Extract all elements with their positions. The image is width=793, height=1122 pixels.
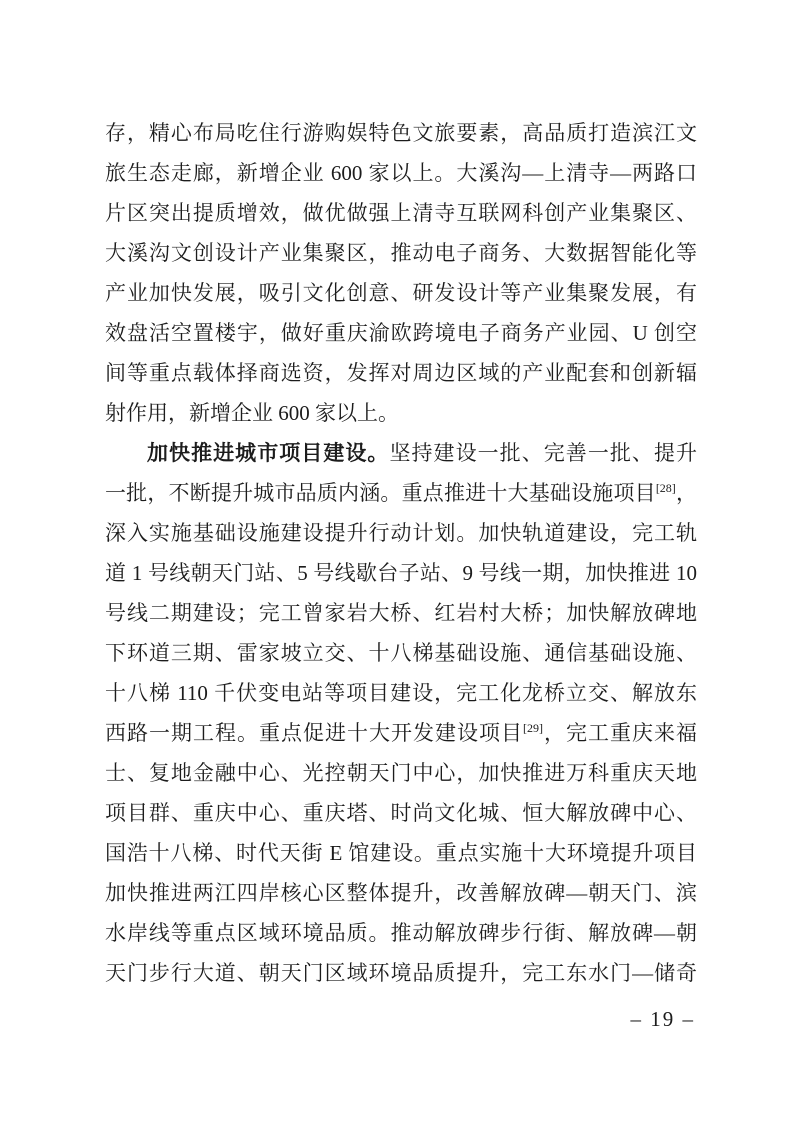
text-line: 片区突出提质增效，做优做强上清寺互联网科创产业集聚区、 bbox=[105, 193, 697, 233]
body-text: 国浩十八梯、时代天街 E 馆建设。重点实施十大环境提升项目 bbox=[105, 841, 697, 865]
text-line: 一批，不断提升城市品质内涵。重点推进十大基础设施项目[28]， bbox=[105, 473, 697, 513]
text-line: 道 1 号线朝天门站、5 号线歇台子站、9 号线一期，加快推进 10 bbox=[105, 553, 697, 593]
body-text: 号线二期建设；完工曾家岩大桥、红岩村大桥；加快解放碑地 bbox=[105, 601, 697, 625]
text-line: 西路一期工程。重点促进十大开发建设项目[29]，完工重庆来福 bbox=[105, 713, 697, 753]
text-line: 水岸线等重点区域环境品质。推动解放碑步行街、解放碑—朝 bbox=[105, 913, 697, 953]
text-line: 间等重点载体择商选资，发挥对周边区域的产业配套和创新辐 bbox=[105, 353, 697, 393]
text-line: 效盘活空置楼宇，做好重庆渝欧跨境电子商务产业园、U 创空 bbox=[105, 313, 697, 353]
text-line: 旅生态走廊，新增企业 600 家以上。大溪沟—上清寺—两路口 bbox=[105, 153, 697, 193]
body-text: 效盘活空置楼宇，做好重庆渝欧跨境电子商务产业园、U 创空 bbox=[105, 321, 697, 345]
body-text: 加快推进两江四岸核心区整体提升，改善解放碑—朝天门、滨 bbox=[105, 881, 697, 905]
body-text: 产业加快发展，吸引文化创意、研发设计等产业集聚发展，有 bbox=[105, 281, 697, 305]
body-text: 一批，不断提升城市品质内涵。重点推进十大基础设施项目 bbox=[105, 481, 656, 505]
footnote-reference: [28] bbox=[656, 481, 676, 495]
body-text: 间等重点载体择商选资，发挥对周边区域的产业配套和创新辐 bbox=[105, 361, 697, 385]
body-text: ，完工重庆来福 bbox=[543, 721, 697, 745]
text-line: 士、复地金融中心、光控朝天门中心，加快推进万科重庆天地 bbox=[105, 753, 697, 793]
page-number: – 19 – bbox=[631, 1004, 696, 1034]
text-line: 号线二期建设；完工曾家岩大桥、红岩村大桥；加快解放碑地 bbox=[105, 593, 697, 633]
paragraph: 存，精心布局吃住行游购娱特色文旅要素，高品质打造滨江文旅生态走廊，新增企业 60… bbox=[105, 113, 697, 433]
text-line: 加快推进城市项目建设。坚持建设一批、完善一批、提升 bbox=[105, 433, 697, 473]
body-text: 西路一期工程。重点促进十大开发建设项目 bbox=[105, 721, 523, 745]
text-line: 项目群、重庆中心、重庆塔、时尚文化城、恒大解放碑中心、 bbox=[105, 793, 697, 833]
document-body: 存，精心布局吃住行游购娱特色文旅要素，高品质打造滨江文旅生态走廊，新增企业 60… bbox=[105, 113, 697, 993]
text-line: 加快推进两江四岸核心区整体提升，改善解放碑—朝天门、滨 bbox=[105, 873, 697, 913]
text-line: 存，精心布局吃住行游购娱特色文旅要素，高品质打造滨江文 bbox=[105, 113, 697, 153]
body-text: ， bbox=[676, 481, 697, 505]
paragraph: 加快推进城市项目建设。坚持建设一批、完善一批、提升一批，不断提升城市品质内涵。重… bbox=[105, 433, 697, 993]
text-line: 射作用，新增企业 600 家以上。 bbox=[105, 393, 697, 433]
text-line: 国浩十八梯、时代天街 E 馆建设。重点实施十大环境提升项目[30]， bbox=[105, 833, 697, 873]
body-text: 射作用，新增企业 600 家以上。 bbox=[105, 401, 399, 425]
text-line: 产业加快发展，吸引文化创意、研发设计等产业集聚发展，有 bbox=[105, 273, 697, 313]
body-text: 水岸线等重点区域环境品质。推动解放碑步行街、解放碑—朝 bbox=[105, 921, 697, 945]
text-line: 大溪沟文创设计产业集聚区，推动电子商务、大数据智能化等 bbox=[105, 233, 697, 273]
body-text: 片区突出提质增效，做优做强上清寺互联网科创产业集聚区、 bbox=[105, 201, 697, 225]
body-text: 大溪沟文创设计产业集聚区，推动电子商务、大数据智能化等 bbox=[105, 241, 697, 265]
text-line: 十八梯 110 千伏变电站等项目建设，完工化龙桥立交、解放东 bbox=[105, 673, 697, 713]
body-text: 坚持建设一批、完善一批、提升 bbox=[389, 441, 697, 465]
text-line: 下环道三期、雷家坡立交、十八梯基础设施、通信基础设施、 bbox=[105, 633, 697, 673]
body-text: 深入实施基础设施建设提升行动计划。加快轨道建设，完工轨 bbox=[105, 521, 697, 545]
body-text: 存，精心布局吃住行游购娱特色文旅要素，高品质打造滨江文 bbox=[105, 121, 697, 145]
body-text: 十八梯 110 千伏变电站等项目建设，完工化龙桥立交、解放东 bbox=[105, 681, 697, 705]
run-in-heading: 加快推进城市项目建设。 bbox=[147, 441, 389, 465]
footnote-reference: [29] bbox=[523, 721, 543, 735]
body-text: 道 1 号线朝天门站、5 号线歇台子站、9 号线一期，加快推进 10 bbox=[105, 561, 697, 585]
text-line: 深入实施基础设施建设提升行动计划。加快轨道建设，完工轨 bbox=[105, 513, 697, 553]
text-line: 天门步行大道、朝天门区域环境品质提升，完工东水门—储奇 bbox=[105, 953, 697, 993]
body-text: 天门步行大道、朝天门区域环境品质提升，完工东水门—储奇 bbox=[105, 961, 697, 985]
body-text: 士、复地金融中心、光控朝天门中心，加快推进万科重庆天地 bbox=[105, 761, 697, 785]
body-text: 旅生态走廊，新增企业 600 家以上。大溪沟—上清寺—两路口 bbox=[105, 161, 697, 185]
body-text: 下环道三期、雷家坡立交、十八梯基础设施、通信基础设施、 bbox=[105, 641, 697, 665]
body-text: 项目群、重庆中心、重庆塔、时尚文化城、恒大解放碑中心、 bbox=[105, 801, 697, 825]
document-page: 存，精心布局吃住行游购娱特色文旅要素，高品质打造滨江文旅生态走廊，新增企业 60… bbox=[0, 0, 793, 1122]
